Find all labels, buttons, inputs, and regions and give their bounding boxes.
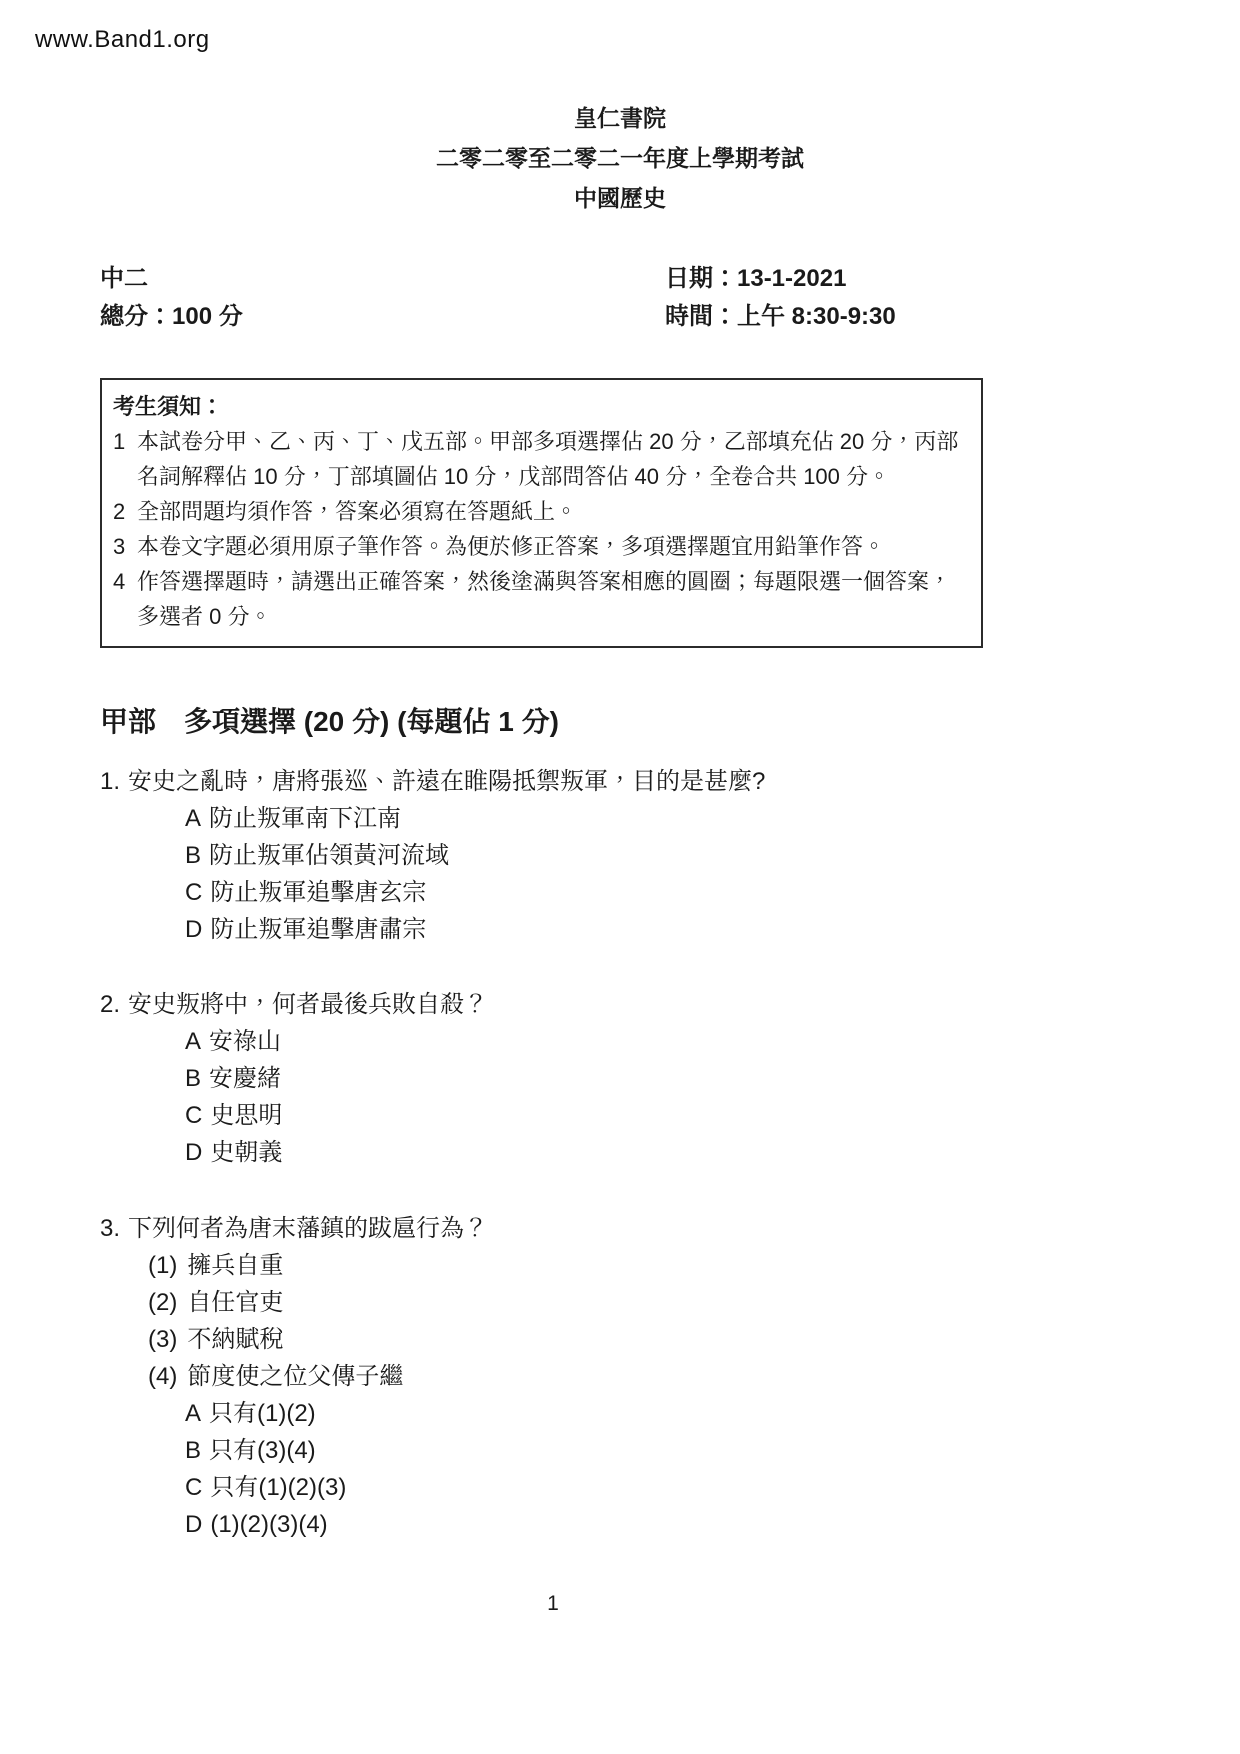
question-1-option-c: C 防止叛軍追擊唐玄宗 — [185, 874, 765, 911]
notice-item-text: 作答選擇題時，請選出正確答案，然後塗滿與答案相應的圓圈；每題限選一個答案，多選者… — [137, 564, 965, 634]
option-label: C — [185, 1097, 202, 1134]
question-1-option-d: D 防止叛軍追擊唐肅宗 — [185, 911, 765, 948]
school-name: 皇仁書院 — [0, 98, 1240, 138]
statement-number: (1) — [148, 1247, 177, 1284]
option-text: 防止叛軍追擊唐肅宗 — [210, 911, 426, 948]
notice-item-text: 全部問題均須作答，答案必須寫在答題紙上。 — [137, 494, 965, 529]
question-3-option-d: D (1)(2)(3)(4) — [185, 1506, 488, 1543]
form-level: 中二 — [100, 260, 243, 298]
question-2-option-d: D 史朝義 — [185, 1134, 488, 1171]
statement-4: (4) 節度使之位父傳子繼 — [148, 1358, 488, 1395]
notice-item-text: 本試卷分甲、乙、丙、丁、戊五部。甲部多項選擇佔 20 分，乙部填充佔 20 分，… — [137, 424, 965, 494]
option-text: (1)(2)(3)(4) — [210, 1506, 327, 1543]
option-text: 史思明 — [210, 1097, 282, 1134]
option-text: 只有(1)(2) — [209, 1395, 316, 1432]
notice-item-number: 1 — [113, 424, 137, 494]
question-2-options: A 安祿山 B 安慶緒 C 史思明 D 史朝義 — [185, 1023, 488, 1171]
question-2-stem: 2. 安史叛將中，何者最後兵敗自殺？ — [100, 986, 488, 1023]
option-label: D — [185, 1134, 202, 1171]
statement-text: 擁兵自重 — [187, 1247, 283, 1284]
option-text: 安祿山 — [209, 1023, 281, 1060]
exam-header: 皇仁書院 二零二零至二零二一年度上學期考試 中國歷史 — [0, 98, 1240, 218]
question-1-stem: 1. 安史之亂時，唐將張巡、許遠在睢陽抵禦叛軍，目的是甚麼? — [100, 763, 765, 800]
question-1-option-b: B 防止叛軍佔領黃河流域 — [185, 837, 765, 874]
notice-item-3: 3 本卷文字題必須用原子筆作答。為便於修正答案，多項選擇題宜用鉛筆作答。 — [113, 529, 965, 564]
option-text: 防止叛軍追擊唐玄宗 — [210, 874, 426, 911]
exam-info-right: 日期：13-1-2021 時間：上午 8:30-9:30 — [665, 260, 896, 336]
notice-title: 考生須知： — [113, 390, 965, 424]
option-text: 只有(1)(2)(3) — [210, 1469, 346, 1506]
exam-paper-page: www.Band1.org 皇仁書院 二零二零至二零二一年度上學期考試 中國歷史… — [0, 0, 1240, 1754]
question-2-option-b: B 安慶緒 — [185, 1060, 488, 1097]
question-text: 下列何者為唐末藩鎮的跋扈行為？ — [128, 1210, 488, 1247]
watermark-url: www.Band1.org — [35, 26, 210, 54]
statement-number: (4) — [148, 1358, 177, 1395]
option-text: 只有(3)(4) — [209, 1432, 316, 1469]
notice-item-text: 本卷文字題必須用原子筆作答。為便於修正答案，多項選擇題宜用鉛筆作答。 — [137, 529, 965, 564]
question-number: 1. — [100, 763, 120, 800]
notice-item-number: 3 — [113, 529, 137, 564]
exam-info-left: 中二 總分：100 分 — [100, 260, 243, 336]
statement-number: (3) — [148, 1321, 177, 1358]
question-3-option-c: C 只有(1)(2)(3) — [185, 1469, 488, 1506]
option-label: B — [185, 1060, 201, 1097]
option-label: A — [185, 1023, 201, 1060]
question-text: 安史之亂時，唐將張巡、許遠在睢陽抵禦叛軍，目的是甚麼? — [128, 763, 765, 800]
question-1-option-a: A 防止叛軍南下江南 — [185, 800, 765, 837]
option-label: A — [185, 1395, 201, 1432]
question-2-option-c: C 史思明 — [185, 1097, 488, 1134]
question-number: 3. — [100, 1210, 120, 1247]
option-text: 防止叛軍佔領黃河流域 — [209, 837, 449, 874]
section-a-title: 甲部 多項選擇 (20 分) (每題佔 1 分) — [100, 700, 559, 744]
statement-text: 節度使之位父傳子繼 — [187, 1358, 403, 1395]
notice-item-number: 2 — [113, 494, 137, 529]
option-label: D — [185, 911, 202, 948]
question-text: 安史叛將中，何者最後兵敗自殺？ — [128, 986, 488, 1023]
option-label: B — [185, 1432, 201, 1469]
question-3-statements: (1) 擁兵自重 (2) 自任官吏 (3) 不納賦稅 (4) 節度使之位父傳子繼 — [148, 1247, 488, 1395]
question-1: 1. 安史之亂時，唐將張巡、許遠在睢陽抵禦叛軍，目的是甚麼? A 防止叛軍南下江… — [100, 763, 765, 948]
notice-item-2: 2 全部問題均須作答，答案必須寫在答題紙上。 — [113, 494, 965, 529]
notice-item-1: 1 本試卷分甲、乙、丙、丁、戊五部。甲部多項選擇佔 20 分，乙部填充佔 20 … — [113, 424, 965, 494]
option-text: 史朝義 — [210, 1134, 282, 1171]
option-text: 安慶緒 — [209, 1060, 281, 1097]
question-3-stem: 3. 下列何者為唐末藩鎮的跋扈行為？ — [100, 1210, 488, 1247]
question-3-option-a: A 只有(1)(2) — [185, 1395, 488, 1432]
question-1-options: A 防止叛軍南下江南 B 防止叛軍佔領黃河流域 C 防止叛軍追擊唐玄宗 D 防止… — [185, 800, 765, 948]
option-label: C — [185, 874, 202, 911]
statement-1: (1) 擁兵自重 — [148, 1247, 488, 1284]
candidate-notice-box: 考生須知： 1 本試卷分甲、乙、丙、丁、戊五部。甲部多項選擇佔 20 分，乙部填… — [100, 378, 983, 648]
page-number: 1 — [0, 1592, 1106, 1616]
option-label: C — [185, 1469, 202, 1506]
exam-time: 時間：上午 8:30-9:30 — [665, 298, 896, 336]
exam-date: 日期：13-1-2021 — [665, 260, 896, 298]
statement-text: 自任官吏 — [187, 1284, 283, 1321]
notice-item-4: 4 作答選擇題時，請選出正確答案，然後塗滿與答案相應的圓圈；每題限選一個答案，多… — [113, 564, 965, 634]
statement-number: (2) — [148, 1284, 177, 1321]
question-2-option-a: A 安祿山 — [185, 1023, 488, 1060]
total-marks: 總分：100 分 — [100, 298, 243, 336]
option-label: D — [185, 1506, 202, 1543]
option-text: 防止叛軍南下江南 — [209, 800, 401, 837]
question-number: 2. — [100, 986, 120, 1023]
subject-title: 中國歷史 — [0, 178, 1240, 218]
question-3-option-b: B 只有(3)(4) — [185, 1432, 488, 1469]
statement-3: (3) 不納賦稅 — [148, 1321, 488, 1358]
question-3-options: A 只有(1)(2) B 只有(3)(4) C 只有(1)(2)(3) D (1… — [185, 1395, 488, 1543]
option-label: A — [185, 800, 201, 837]
question-3: 3. 下列何者為唐末藩鎮的跋扈行為？ (1) 擁兵自重 (2) 自任官吏 (3)… — [100, 1210, 488, 1543]
statement-2: (2) 自任官吏 — [148, 1284, 488, 1321]
question-2: 2. 安史叛將中，何者最後兵敗自殺？ A 安祿山 B 安慶緒 C 史思明 D 史… — [100, 986, 488, 1171]
option-label: B — [185, 837, 201, 874]
exam-session-title: 二零二零至二零二一年度上學期考試 — [0, 138, 1240, 178]
notice-item-number: 4 — [113, 564, 137, 634]
statement-text: 不納賦稅 — [187, 1321, 283, 1358]
